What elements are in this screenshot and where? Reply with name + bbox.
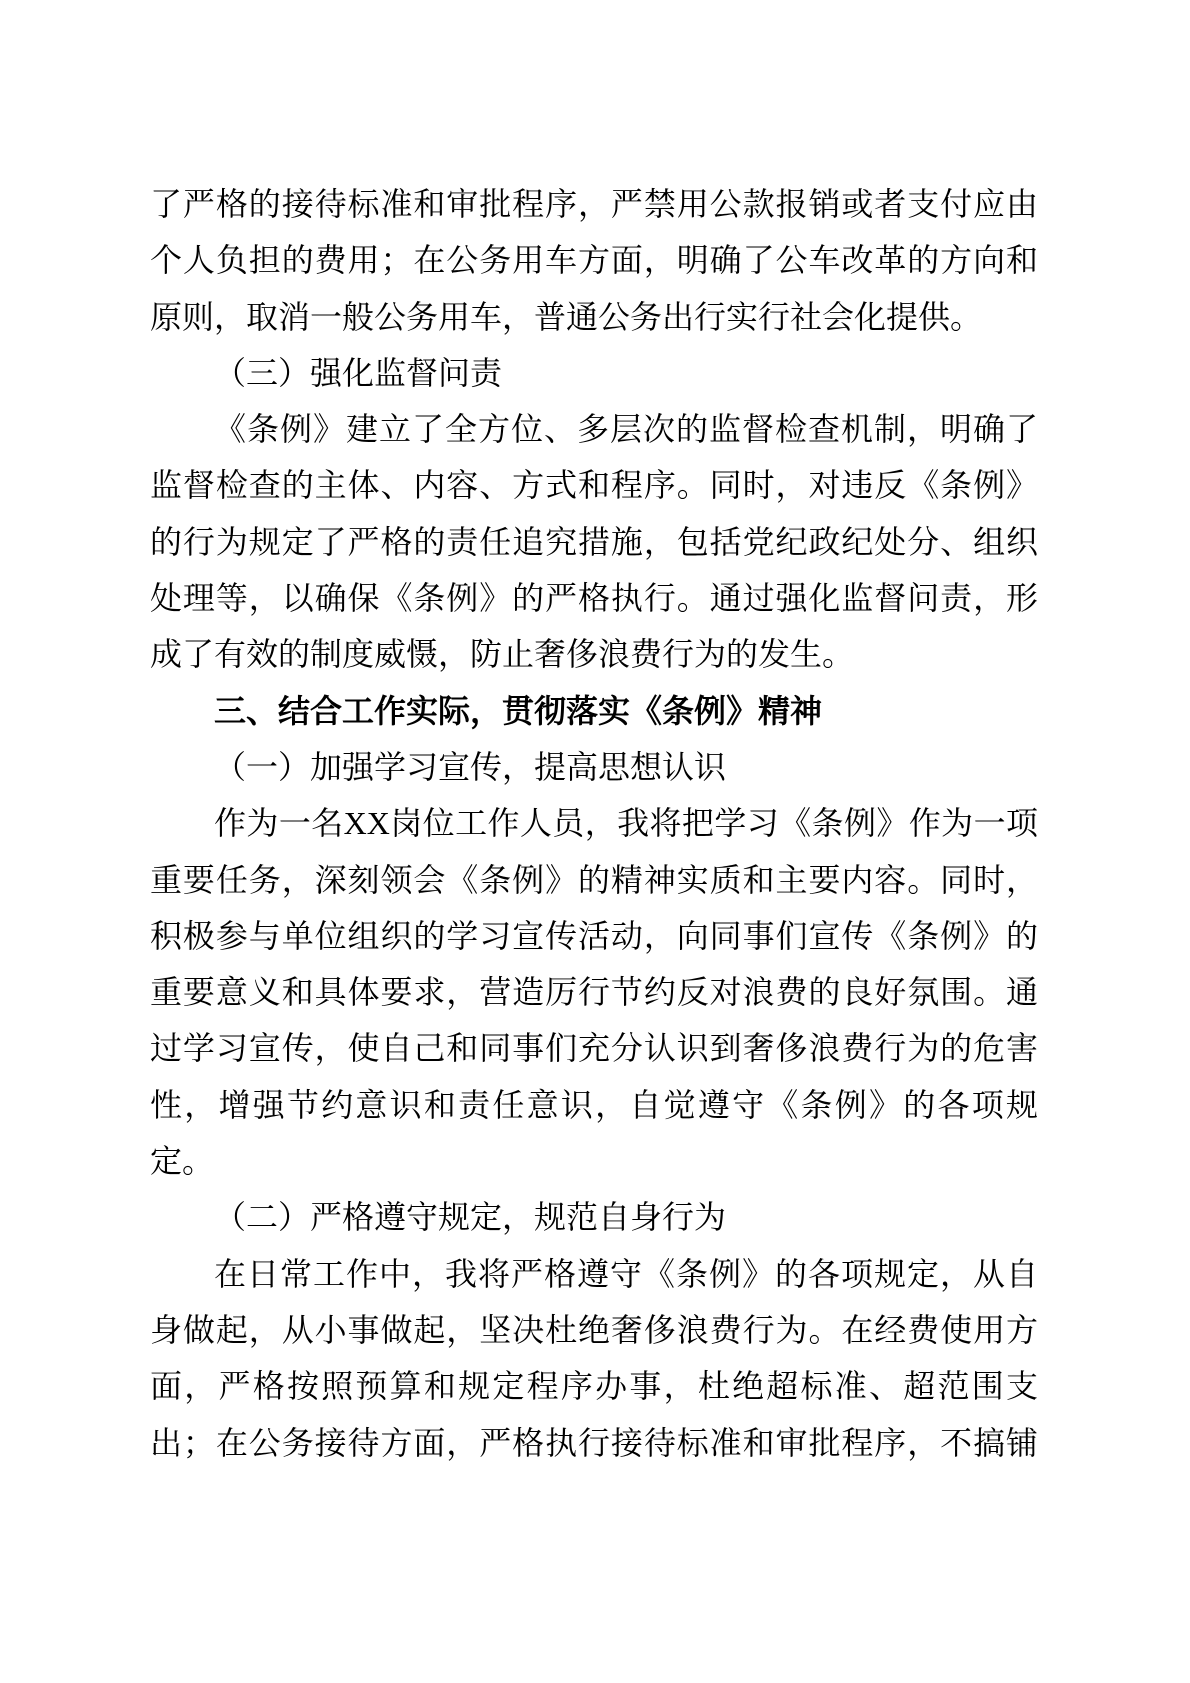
paragraph-line: 个人负担的费用；在公务用车方面，明确了公车改革的方向和 — [150, 232, 1038, 288]
paragraph-line: 面，严格按照预算和规定程序办事，杜绝超标准、超范围支 — [150, 1358, 1038, 1414]
heading-part-3: 三、结合工作实际，贯彻落实《条例》精神 — [150, 683, 1038, 739]
paragraph-line: 成了有效的制度威慑，防止奢侈浪费行为的发生。 — [150, 626, 1038, 682]
document-page: 了严格的接待标准和审批程序，严禁用公款报销或者支付应由 个人负担的费用；在公务用… — [0, 0, 1190, 1683]
subheading-section-2: （二）严格遵守规定，规范自身行为 — [150, 1189, 1038, 1245]
paragraph-line: 处理等，以确保《条例》的严格执行。通过强化监督问责，形 — [150, 570, 1038, 626]
paragraph-line: 身做起，从小事做起，坚决杜绝奢侈浪费行为。在经费使用方 — [150, 1302, 1038, 1358]
paragraph-line: 了严格的接待标准和审批程序，严禁用公款报销或者支付应由 — [150, 176, 1038, 232]
paragraph-line: 原则，取消一般公务用车，普通公务出行实行社会化提供。 — [150, 289, 1038, 345]
paragraph-line: 出；在公务接待方面，严格执行接待标准和审批程序，不搞铺 — [150, 1415, 1038, 1471]
paragraph-line: 重要任务，深刻领会《条例》的精神实质和主要内容。同时， — [150, 852, 1038, 908]
paragraph-line: 在日常工作中，我将严格遵守《条例》的各项规定，从自 — [150, 1246, 1038, 1302]
document-body: 了严格的接待标准和审批程序，严禁用公款报销或者支付应由 个人负担的费用；在公务用… — [150, 176, 1038, 1471]
paragraph-line: 《条例》建立了全方位、多层次的监督检查机制，明确了 — [150, 401, 1038, 457]
paragraph-line: 过学习宣传，使自己和同事们充分认识到奢侈浪费行为的危害 — [150, 1020, 1038, 1076]
paragraph-line: 性，增强节约意识和责任意识，自觉遵守《条例》的各项规 — [150, 1077, 1038, 1133]
paragraph-line: 重要意义和具体要求，营造厉行节约反对浪费的良好氛围。通 — [150, 964, 1038, 1020]
subheading-section-3: （三）强化监督问责 — [150, 345, 1038, 401]
subheading-section-1: （一）加强学习宣传，提高思想认识 — [150, 739, 1038, 795]
paragraph-line: 监督检查的主体、内容、方式和程序。同时，对违反《条例》 — [150, 457, 1038, 513]
paragraph-line: 作为一名XX岗位工作人员，我将把学习《条例》作为一项 — [150, 795, 1038, 851]
paragraph-line: 积极参与单位组织的学习宣传活动，向同事们宣传《条例》的 — [150, 908, 1038, 964]
paragraph-line: 定。 — [150, 1133, 1038, 1189]
paragraph-line: 的行为规定了严格的责任追究措施，包括党纪政纪处分、组织 — [150, 514, 1038, 570]
